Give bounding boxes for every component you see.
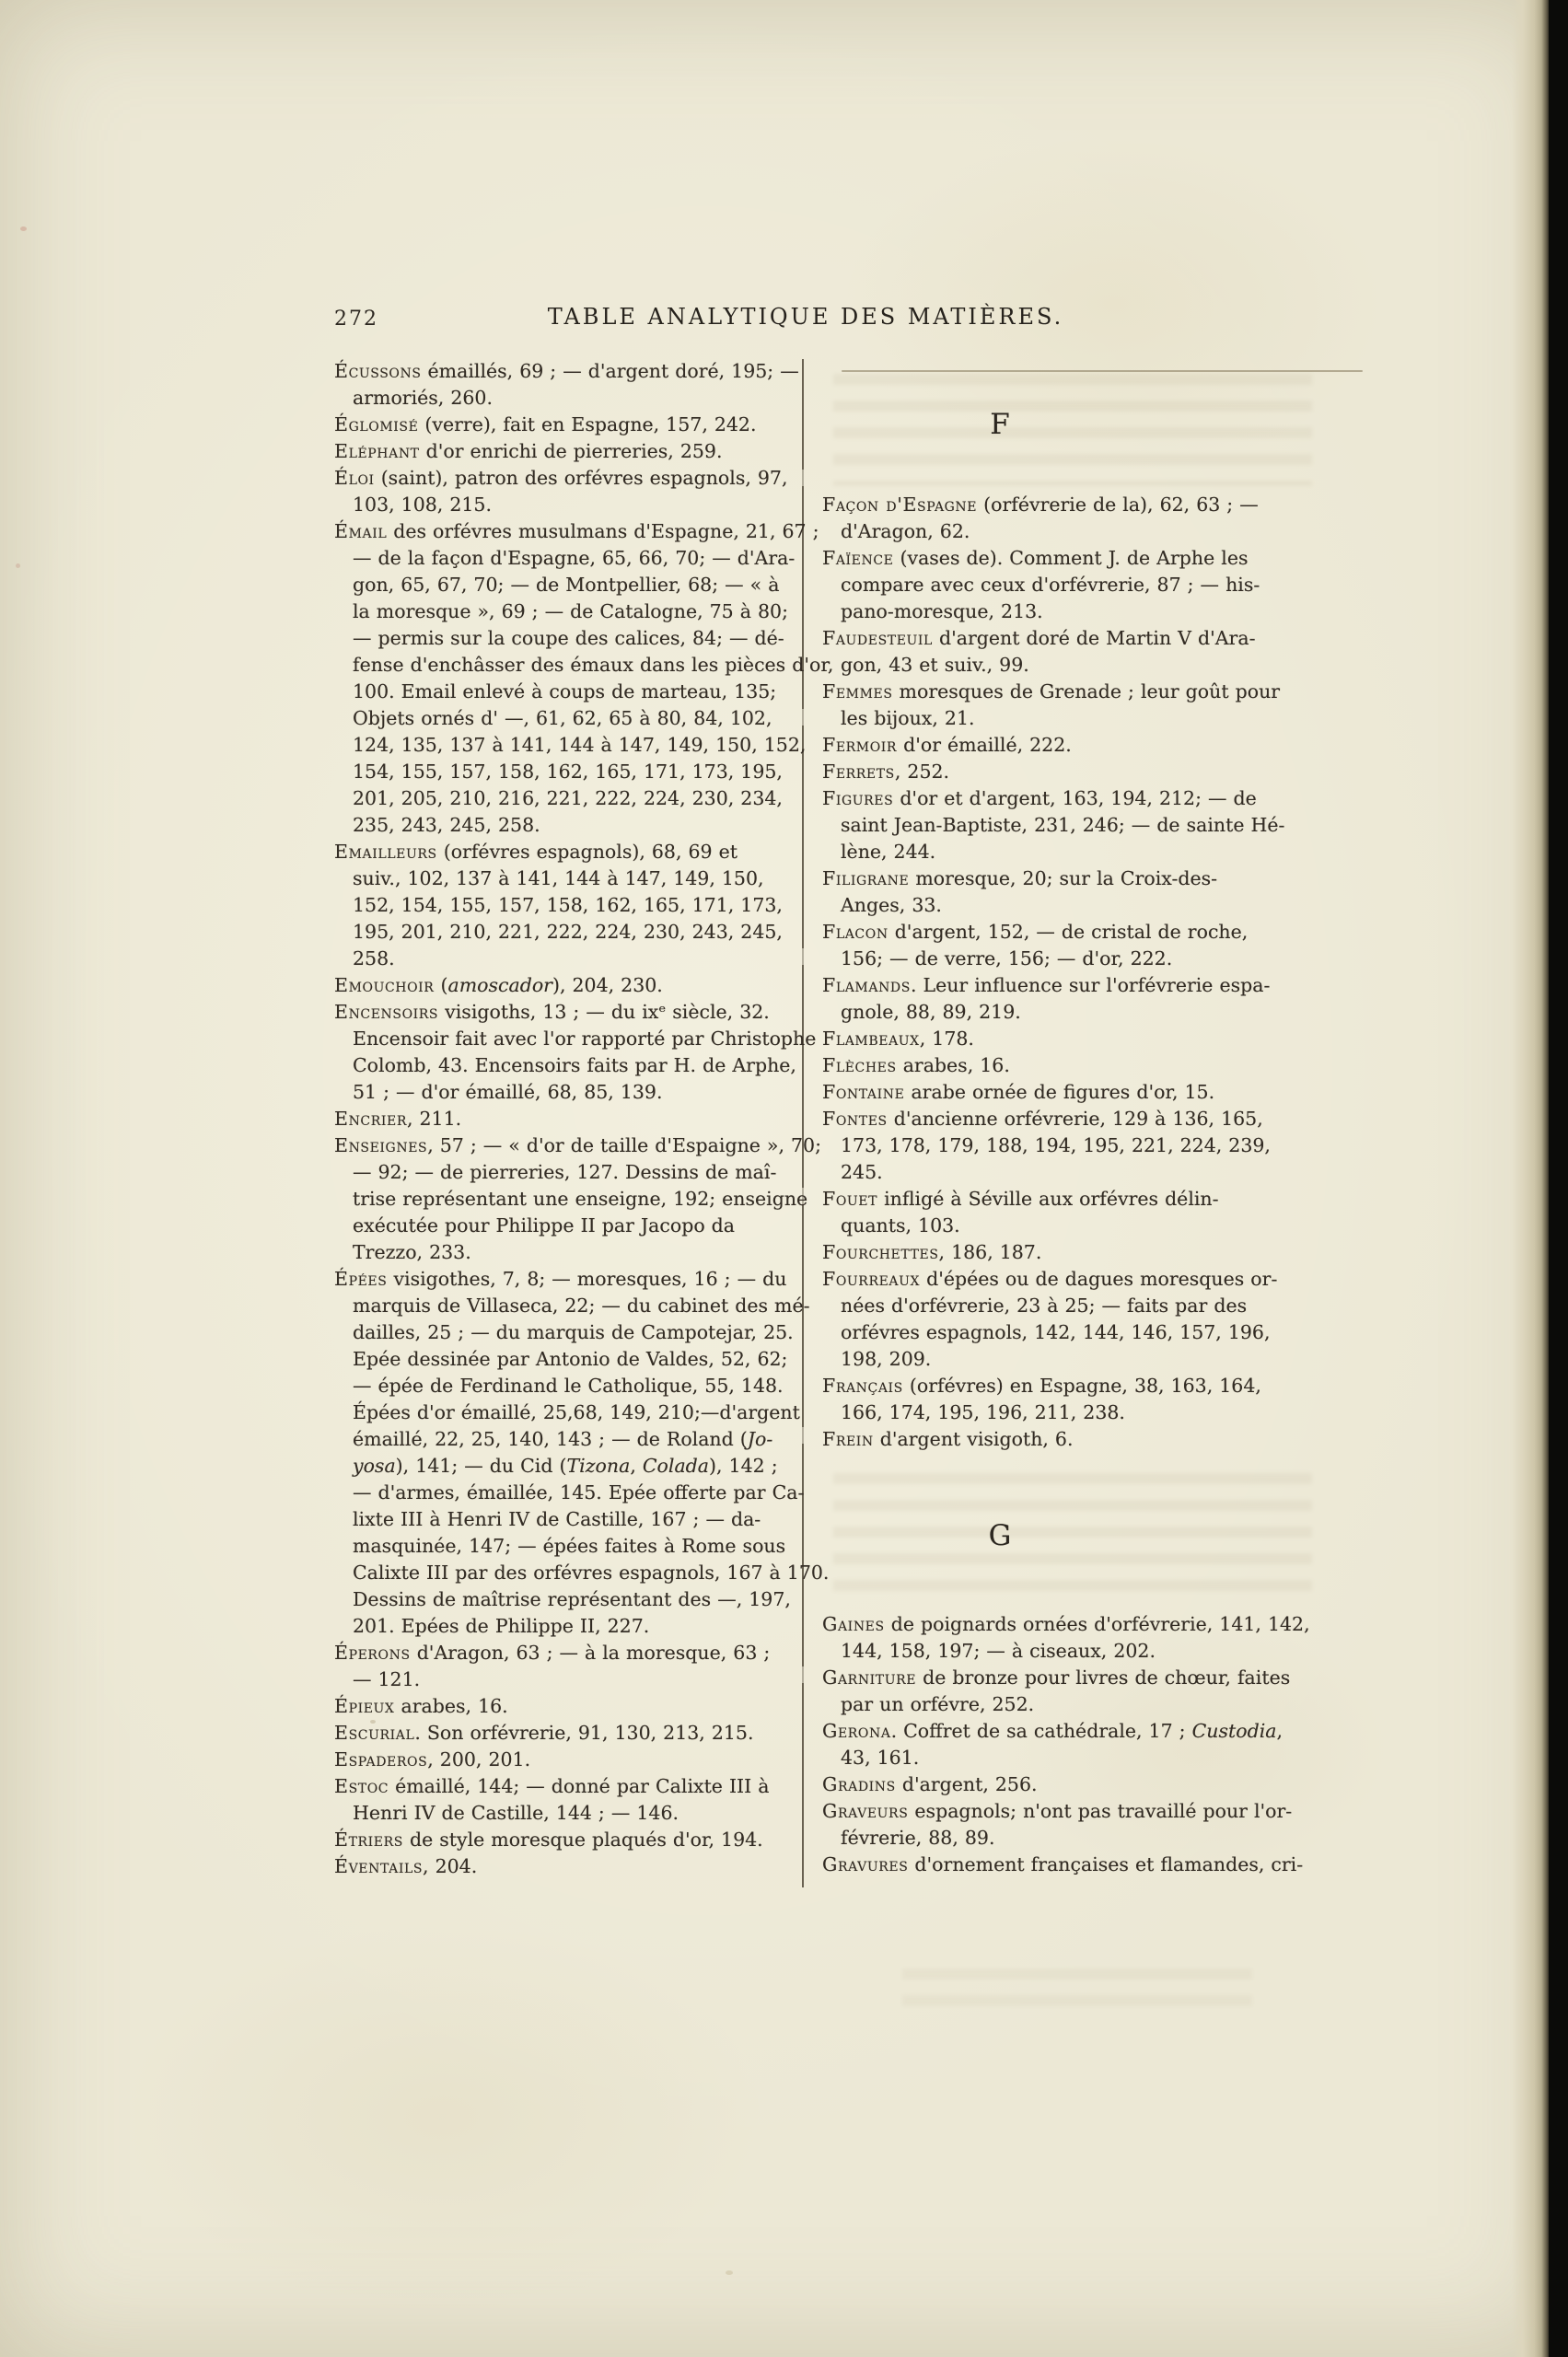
index-headword: Emailleurs (334, 841, 437, 863)
index-line: Enseignes, 57 ; — « d'or de taille d'Esp… (334, 1132, 799, 1159)
index-line: fense d'enchâsser des émaux dans les piè… (334, 652, 799, 679)
index-line: Espaderos, 200, 201. (334, 1747, 799, 1773)
index-line: par un orfévre, 252. (822, 1691, 1279, 1718)
index-line: Calixte III par des orfévres espagnols, … (334, 1560, 799, 1586)
index-line: gon, 43 et suiv., 99. (822, 652, 1279, 679)
index-line: 258. (334, 946, 799, 972)
index-headword: Espaderos (334, 1748, 427, 1771)
index-line: exécutée pour Philippe II par Jacopo da (334, 1213, 799, 1239)
section-letter-G: G (822, 1515, 1279, 1556)
index-line: 201. Epées de Philippe II, 227. (334, 1613, 799, 1640)
index-line: 166, 174, 195, 196, 211, 238. (822, 1399, 1279, 1426)
index-line: Estoc émaillé, 144; — donné par Calixte … (334, 1773, 799, 1800)
index-line: Encensoirs visigoths, 13 ; — du ixᵉ sièc… (334, 999, 799, 1026)
index-headword: Façon d'Espagne (822, 493, 977, 516)
index-line: Émail des orfévres musulmans d'Espagne, … (334, 518, 799, 545)
index-line: Fontes d'ancienne orfévrerie, 129 à 136,… (822, 1106, 1279, 1132)
index-line: 51 ; — d'or émaillé, 68, 85, 139. (334, 1079, 799, 1106)
index-line: Flèches arabes, 16. (822, 1052, 1279, 1079)
index-line: la moresque », 69 ; — de Catalogne, 75 à… (334, 598, 799, 625)
index-column-right: F Façon d'Espagne (orfévrerie de la), 62… (822, 358, 1279, 1878)
index-line: 43, 161. (822, 1745, 1279, 1771)
index-headword: Éventails (334, 1855, 423, 1877)
index-line: Éperons d'Aragon, 63 ; — à la moresque, … (334, 1640, 799, 1666)
index-headword: Gaines (822, 1613, 885, 1635)
index-line: Français (orfévres) en Espagne, 38, 163,… (822, 1373, 1279, 1399)
index-headword: Gradins (822, 1773, 896, 1795)
index-line: 103, 108, 215. (334, 492, 799, 518)
index-line: Anges, 33. (822, 892, 1279, 919)
paper-speck (370, 1720, 376, 1724)
index-headword: Fontes (822, 1108, 888, 1130)
index-headword: Filigrane (822, 867, 909, 889)
index-line: Fouet infligé à Séville aux orfévres dél… (822, 1186, 1279, 1213)
index-line: Gerona. Coffret de sa cathédrale, 17 ; C… (822, 1718, 1279, 1745)
index-headword: Femmes (822, 680, 893, 702)
index-line: Épieux arabes, 16. (334, 1693, 799, 1720)
scanned-book-page: 272 TABLE ANALYTIQUE DES MATIÈRES. Écuss… (0, 0, 1568, 2357)
index-line: lixte III à Henri IV de Castille, 167 ; … (334, 1506, 799, 1533)
index-headword: Fourreaux (822, 1268, 920, 1290)
column-divider-rule (802, 359, 804, 1887)
index-headword: Fermoir (822, 734, 897, 756)
index-line: armoriés, 260. (334, 385, 799, 412)
index-line: compare avec ceux d'orfévrerie, 87 ; — h… (822, 572, 1279, 598)
index-line: Éloi (saint), patron des orfévres espagn… (334, 465, 799, 492)
index-headword: Églomisé (334, 413, 418, 435)
paper-speck (16, 563, 20, 568)
index-line: gnole, 88, 89, 219. (822, 999, 1279, 1026)
paper-speck (726, 2270, 733, 2275)
index-line: — 121. (334, 1666, 799, 1693)
index-headword: Écussons (334, 360, 422, 382)
index-line: 154, 155, 157, 158, 162, 165, 171, 173, … (334, 759, 799, 785)
index-line: Escurial. Son orfévrerie, 91, 130, 213, … (334, 1720, 799, 1747)
index-headword: Encrier (334, 1108, 407, 1130)
index-headword: Fontaine (822, 1081, 904, 1103)
index-headword: Fourchettes (822, 1241, 939, 1263)
index-headword: Flacon (822, 921, 889, 943)
ink-showthrough (902, 1961, 1252, 2016)
index-headword: Figures (822, 787, 893, 809)
index-line: — d'armes, émaillée, 145. Epée offerte p… (334, 1480, 799, 1506)
index-line: Églomisé (verre), fait en Espagne, 157, … (334, 412, 799, 438)
index-line: Colomb, 43. Encensoirs faits par H. de A… (334, 1052, 799, 1079)
index-line: 144, 158, 197; — à ciseaux, 202. (822, 1638, 1279, 1665)
index-headword: Garniture (822, 1666, 916, 1689)
index-line: Henri IV de Castille, 144 ; — 146. (334, 1800, 799, 1827)
index-headword: Frein (822, 1428, 874, 1450)
index-line: Trezzo, 233. (334, 1239, 799, 1266)
index-line: Faïence (vases de). Comment J. de Arphe … (822, 545, 1279, 572)
index-line: Garniture de bronze pour livres de chœur… (822, 1665, 1279, 1691)
index-line: orfévres espagnols, 142, 144, 146, 157, … (822, 1319, 1279, 1346)
index-headword: Flambeaux (822, 1028, 920, 1050)
index-line: Frein d'argent visigoth, 6. (822, 1426, 1279, 1453)
index-headword: Faudesteuil (822, 627, 933, 649)
index-line: Flacon d'argent, 152, — de cristal de ro… (822, 919, 1279, 946)
index-line: Épées d'or émaillé, 25,68, 149, 210;—d'a… (334, 1399, 799, 1426)
index-line: Dessins de maîtrise représentant des —, … (334, 1586, 799, 1613)
index-headword: Encensoirs (334, 1001, 438, 1023)
index-line: — épée de Ferdinand le Catholique, 55, 1… (334, 1373, 799, 1399)
index-line: marquis de Villaseca, 22; — du cabinet d… (334, 1293, 799, 1319)
index-headword: Eléphant (334, 440, 420, 462)
section-F-entries: Façon d'Espagne (orfévrerie de la), 62, … (822, 492, 1279, 1453)
index-line: quants, 103. (822, 1213, 1279, 1239)
index-line: 201, 205, 210, 216, 221, 222, 224, 230, … (334, 785, 799, 812)
index-line: les bijoux, 21. (822, 705, 1279, 732)
index-headword: Estoc (334, 1775, 389, 1797)
index-line: pano-moresque, 213. (822, 598, 1279, 625)
index-line: suiv., 102, 137 à 141, 144 à 147, 149, 1… (334, 865, 799, 892)
index-headword: Émail (334, 520, 387, 542)
section-letter-F: F (822, 404, 1279, 445)
index-line: Gravures d'ornement françaises et flaman… (822, 1852, 1279, 1878)
index-line: Femmes moresques de Grenade ; leur goût … (822, 679, 1279, 705)
index-line: févrerie, 88, 89. (822, 1825, 1279, 1852)
index-line: 100. Email enlevé à coups de marteau, 13… (334, 679, 799, 705)
index-line: 198, 209. (822, 1346, 1279, 1373)
index-line: Faudesteuil d'argent doré de Martin V d'… (822, 625, 1279, 652)
scanner-background-strip (1549, 0, 1568, 2357)
index-line: Épées visigothes, 7, 8; — moresques, 16 … (334, 1266, 799, 1293)
index-line: Étriers de style moresque plaqués d'or, … (334, 1827, 799, 1853)
page-number: 272 (334, 308, 378, 331)
index-line: Filigrane moresque, 20; sur la Croix-des… (822, 865, 1279, 892)
index-line: saint Jean-Baptiste, 231, 246; — de sain… (822, 812, 1279, 839)
index-line: masquinée, 147; — épées faites à Rome so… (334, 1533, 799, 1560)
index-line: Emouchoir (amoscador), 204, 230. (334, 972, 799, 999)
index-line: 124, 135, 137 à 141, 144 à 147, 149, 150… (334, 732, 799, 759)
index-headword: Faïence (822, 547, 893, 569)
index-line: Emailleurs (orfévres espagnols), 68, 69 … (334, 839, 799, 865)
index-headword: Gravures (822, 1853, 908, 1875)
index-headword: Flèches (822, 1054, 897, 1076)
book-fore-edge (1512, 0, 1549, 2357)
index-line: 245. (822, 1159, 1279, 1186)
index-headword: Enseignes (334, 1134, 427, 1156)
index-line: Graveurs espagnols; n'ont pas travaillé … (822, 1798, 1279, 1825)
index-headword: Escurial (334, 1722, 414, 1744)
index-line: Fontaine arabe ornée de figures d'or, 15… (822, 1079, 1279, 1106)
index-line: 235, 243, 245, 258. (334, 812, 799, 839)
index-line: Gaines de poignards ornées d'orfévrerie,… (822, 1611, 1279, 1638)
index-line: 173, 178, 179, 188, 194, 195, 221, 224, … (822, 1132, 1279, 1159)
index-line: 152, 154, 155, 157, 158, 162, 165, 171, … (334, 892, 799, 919)
index-line: Figures d'or et d'argent, 163, 194, 212;… (822, 785, 1279, 812)
index-line: Fourreaux d'épées ou de dagues moresques… (822, 1266, 1279, 1293)
index-line: Gradins d'argent, 256. (822, 1771, 1279, 1798)
index-headword: Étriers (334, 1829, 403, 1851)
index-line: Écussons émaillés, 69 ; — d'argent doré,… (334, 358, 799, 385)
index-line: yosa), 141; — du Cid (Tizona, Colada), 1… (334, 1453, 799, 1480)
index-line: Eléphant d'or enrichi de pierreries, 259… (334, 438, 799, 465)
index-headword: Éperons (334, 1642, 411, 1664)
index-headword: Éloi (334, 467, 375, 489)
index-headword: Ferrets (822, 761, 895, 783)
index-line: Fourchettes, 186, 187. (822, 1239, 1279, 1266)
index-headword: Épées (334, 1268, 387, 1290)
index-line: émaillé, 22, 25, 140, 143 ; — de Roland … (334, 1426, 799, 1453)
index-line: Objets ornés d' —, 61, 62, 65 à 80, 84, … (334, 705, 799, 732)
index-line: lène, 244. (822, 839, 1279, 865)
index-headword: Fouet (822, 1188, 877, 1210)
index-line: — 92; — de pierreries, 127. Dessins de m… (334, 1159, 799, 1186)
index-line: Epée dessinée par Antonio de Valdes, 52,… (334, 1346, 799, 1373)
index-headword: Gerona (822, 1720, 891, 1742)
index-headword: Épieux (334, 1695, 395, 1717)
index-line: Ferrets, 252. (822, 759, 1279, 785)
index-line: nées d'orfévrerie, 23 à 25; — faits par … (822, 1293, 1279, 1319)
index-line: gon, 65, 67, 70; — de Montpellier, 68; —… (334, 572, 799, 598)
index-line: 195, 201, 210, 221, 222, 224, 230, 243, … (334, 919, 799, 946)
index-line: d'Aragon, 62. (822, 518, 1279, 545)
page-title: TABLE ANALYTIQUE DES MATIÈRES. (516, 304, 1096, 330)
index-line: dailles, 25 ; — du marquis de Campotejar… (334, 1319, 799, 1346)
index-line: Encensoir fait avec l'or rapporté par Ch… (334, 1026, 799, 1052)
section-G-entries: Gaines de poignards ornées d'orfévrerie,… (822, 1611, 1279, 1878)
index-headword: Emouchoir (334, 974, 434, 996)
index-line: Fermoir d'or émaillé, 222. (822, 732, 1279, 759)
index-line: Flamands. Leur influence sur l'orfévreri… (822, 972, 1279, 999)
index-line: trise représentant une enseigne, 192; en… (334, 1186, 799, 1213)
index-line: Façon d'Espagne (orfévrerie de la), 62, … (822, 492, 1279, 518)
index-line: Éventails, 204. (334, 1853, 799, 1880)
index-line: — de la façon d'Espagne, 65, 66, 70; — d… (334, 545, 799, 572)
index-line: Flambeaux, 178. (822, 1026, 1279, 1052)
index-headword: Graveurs (822, 1800, 908, 1822)
index-headword: Flamands (822, 974, 911, 996)
index-column-left: Écussons émaillés, 69 ; — d'argent doré,… (334, 358, 799, 1880)
index-headword: Français (822, 1375, 903, 1397)
index-line: 156; — de verre, 156; — d'or, 222. (822, 946, 1279, 972)
index-line: — permis sur la coupe des calices, 84; —… (334, 625, 799, 652)
paper-speck (20, 226, 27, 231)
index-line: Encrier, 211. (334, 1106, 799, 1132)
